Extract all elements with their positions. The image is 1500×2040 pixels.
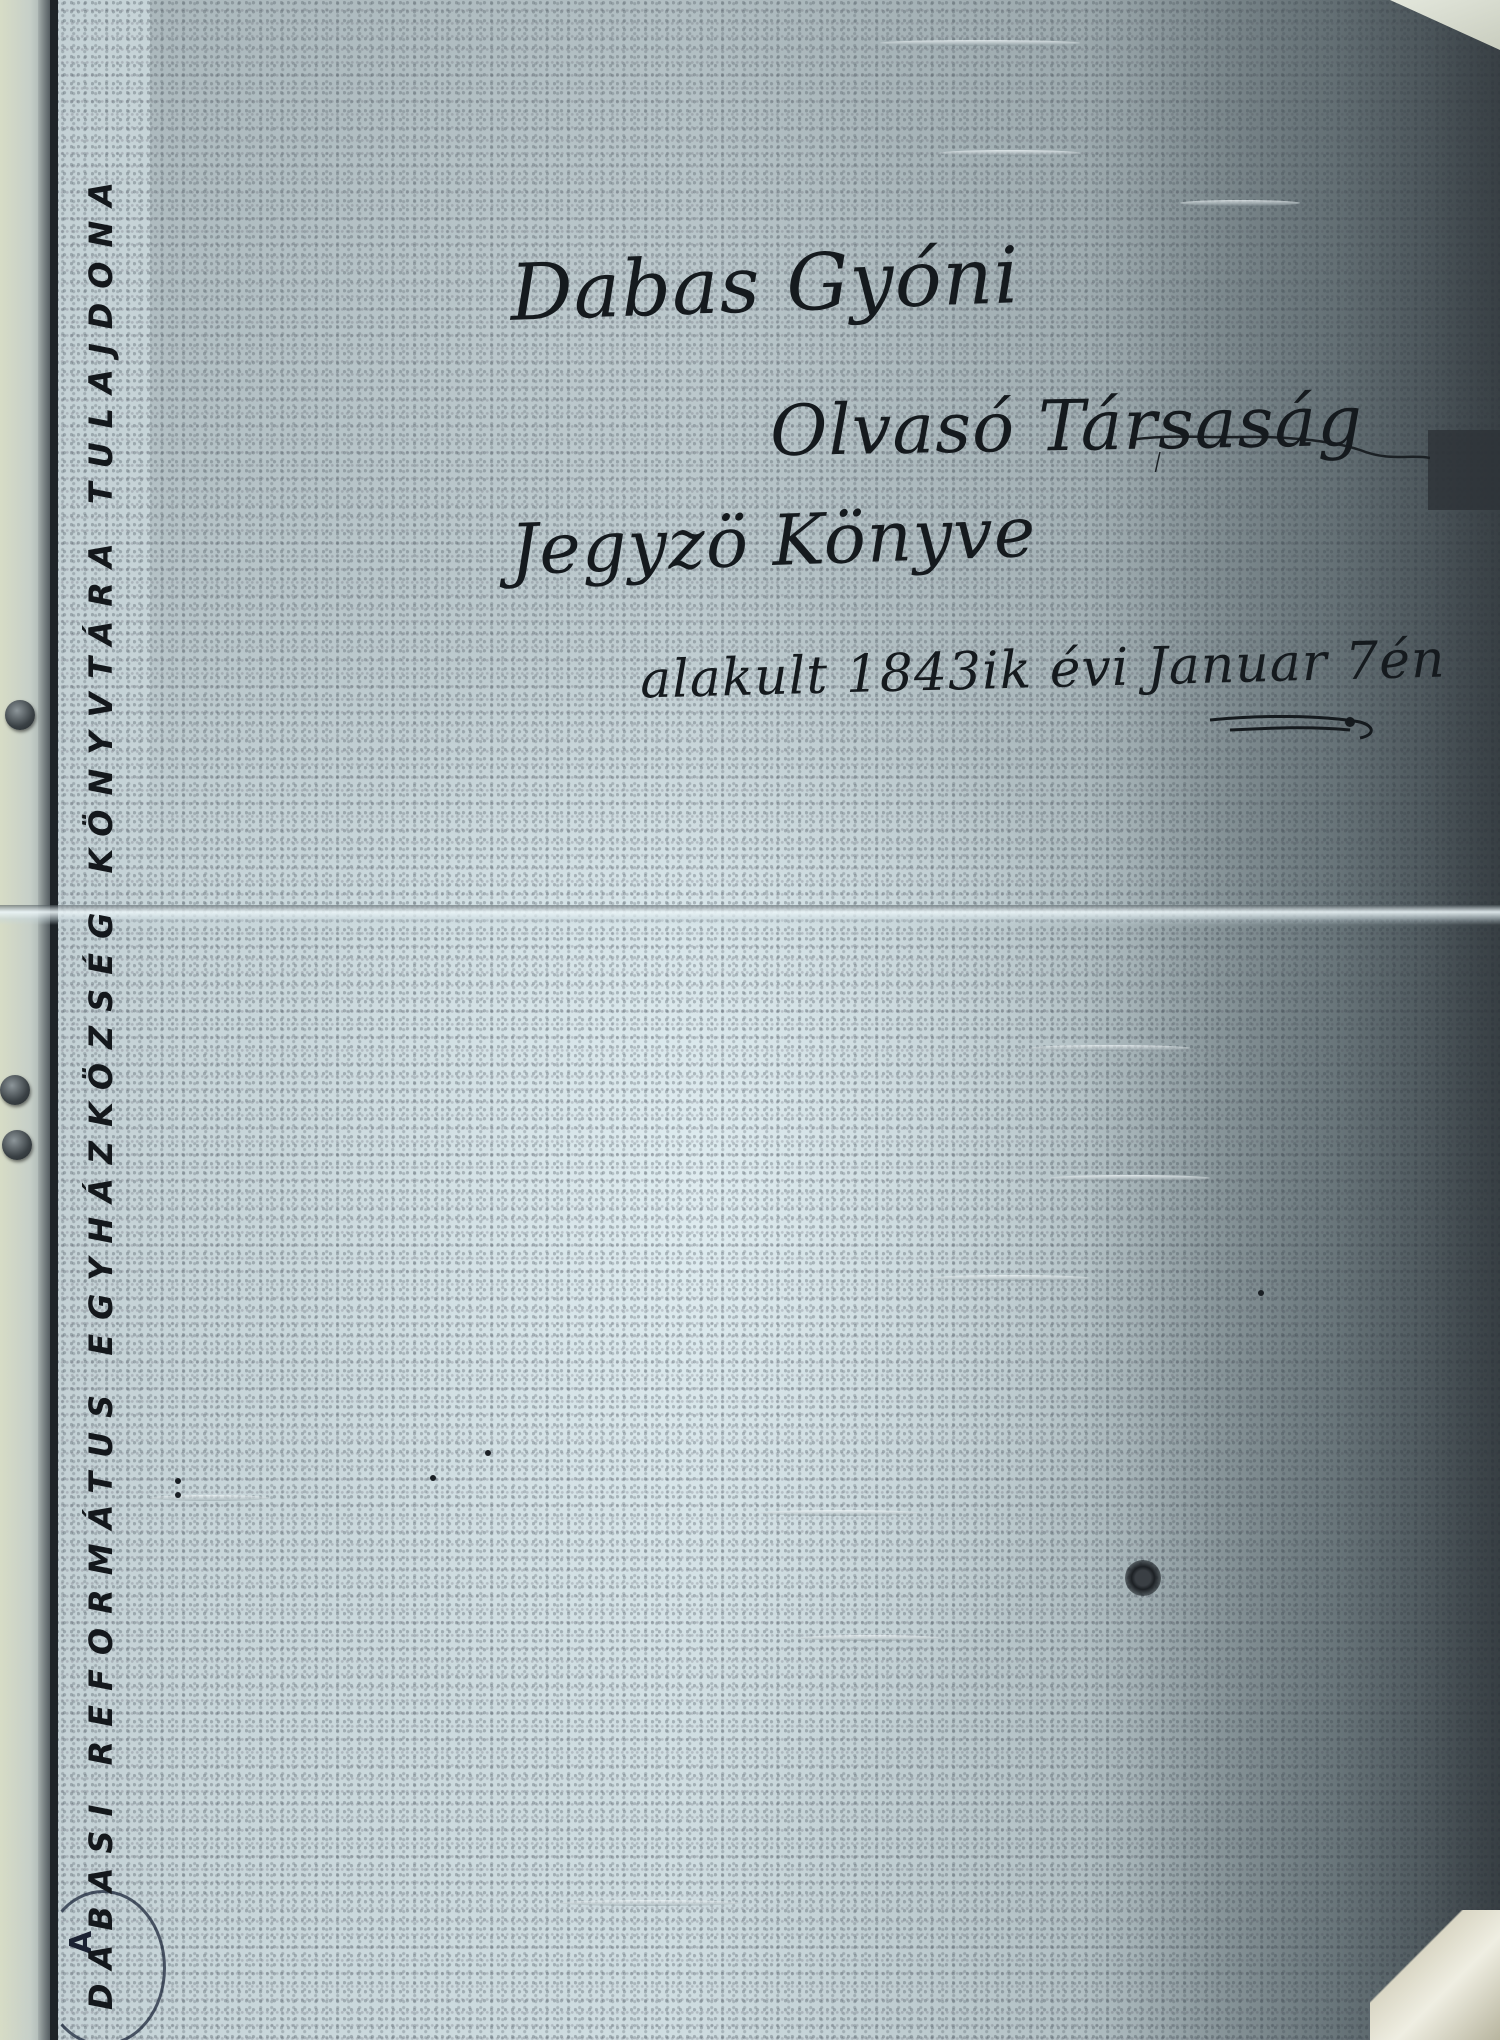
paper-wrinkle bbox=[560, 1900, 740, 1906]
dot-mark bbox=[1258, 1290, 1264, 1296]
paper-wrinkle bbox=[1180, 200, 1300, 206]
paper-wrinkle bbox=[1030, 1045, 1190, 1051]
dot-mark bbox=[485, 1450, 491, 1456]
document-page: A DABASI REFORMÁTUS EGYHÁZKÖZSÉG KÖNYVTÁ… bbox=[0, 0, 1500, 2040]
title-line-place: Dabas Gyóni bbox=[509, 231, 1022, 339]
rivet-icon bbox=[0, 1075, 30, 1105]
library-ownership-stamp: DABASI REFORMÁTUS EGYHÁZKÖZSÉG KÖNYVTÁRA… bbox=[82, 168, 120, 2010]
paper-wrinkle bbox=[940, 150, 1080, 156]
dot-mark bbox=[430, 1475, 436, 1481]
paper-wrinkle bbox=[930, 1275, 1090, 1281]
paper-wrinkle bbox=[150, 1495, 270, 1501]
dot-mark bbox=[175, 1478, 181, 1484]
paper-wrinkle bbox=[1050, 1175, 1210, 1181]
paper-wrinkle bbox=[800, 1635, 940, 1641]
rivet-icon bbox=[5, 700, 35, 730]
paper-wrinkle bbox=[880, 40, 1080, 46]
dark-stain bbox=[1428, 430, 1500, 510]
binding-shadow bbox=[38, 0, 50, 2040]
dot-mark bbox=[175, 1492, 181, 1498]
folded-corner-bottom bbox=[1370, 1910, 1500, 2040]
paper-wrinkle bbox=[760, 1510, 920, 1516]
title-line-society: Olvasó Társaság bbox=[769, 380, 1363, 472]
ink-blot bbox=[1125, 1560, 1161, 1596]
signature-flourish bbox=[1200, 700, 1380, 760]
right-edge-discoloration bbox=[1080, 0, 1500, 2040]
fold-crease bbox=[0, 905, 1500, 925]
rivet-icon bbox=[2, 1130, 32, 1160]
binding-line bbox=[50, 0, 58, 2040]
